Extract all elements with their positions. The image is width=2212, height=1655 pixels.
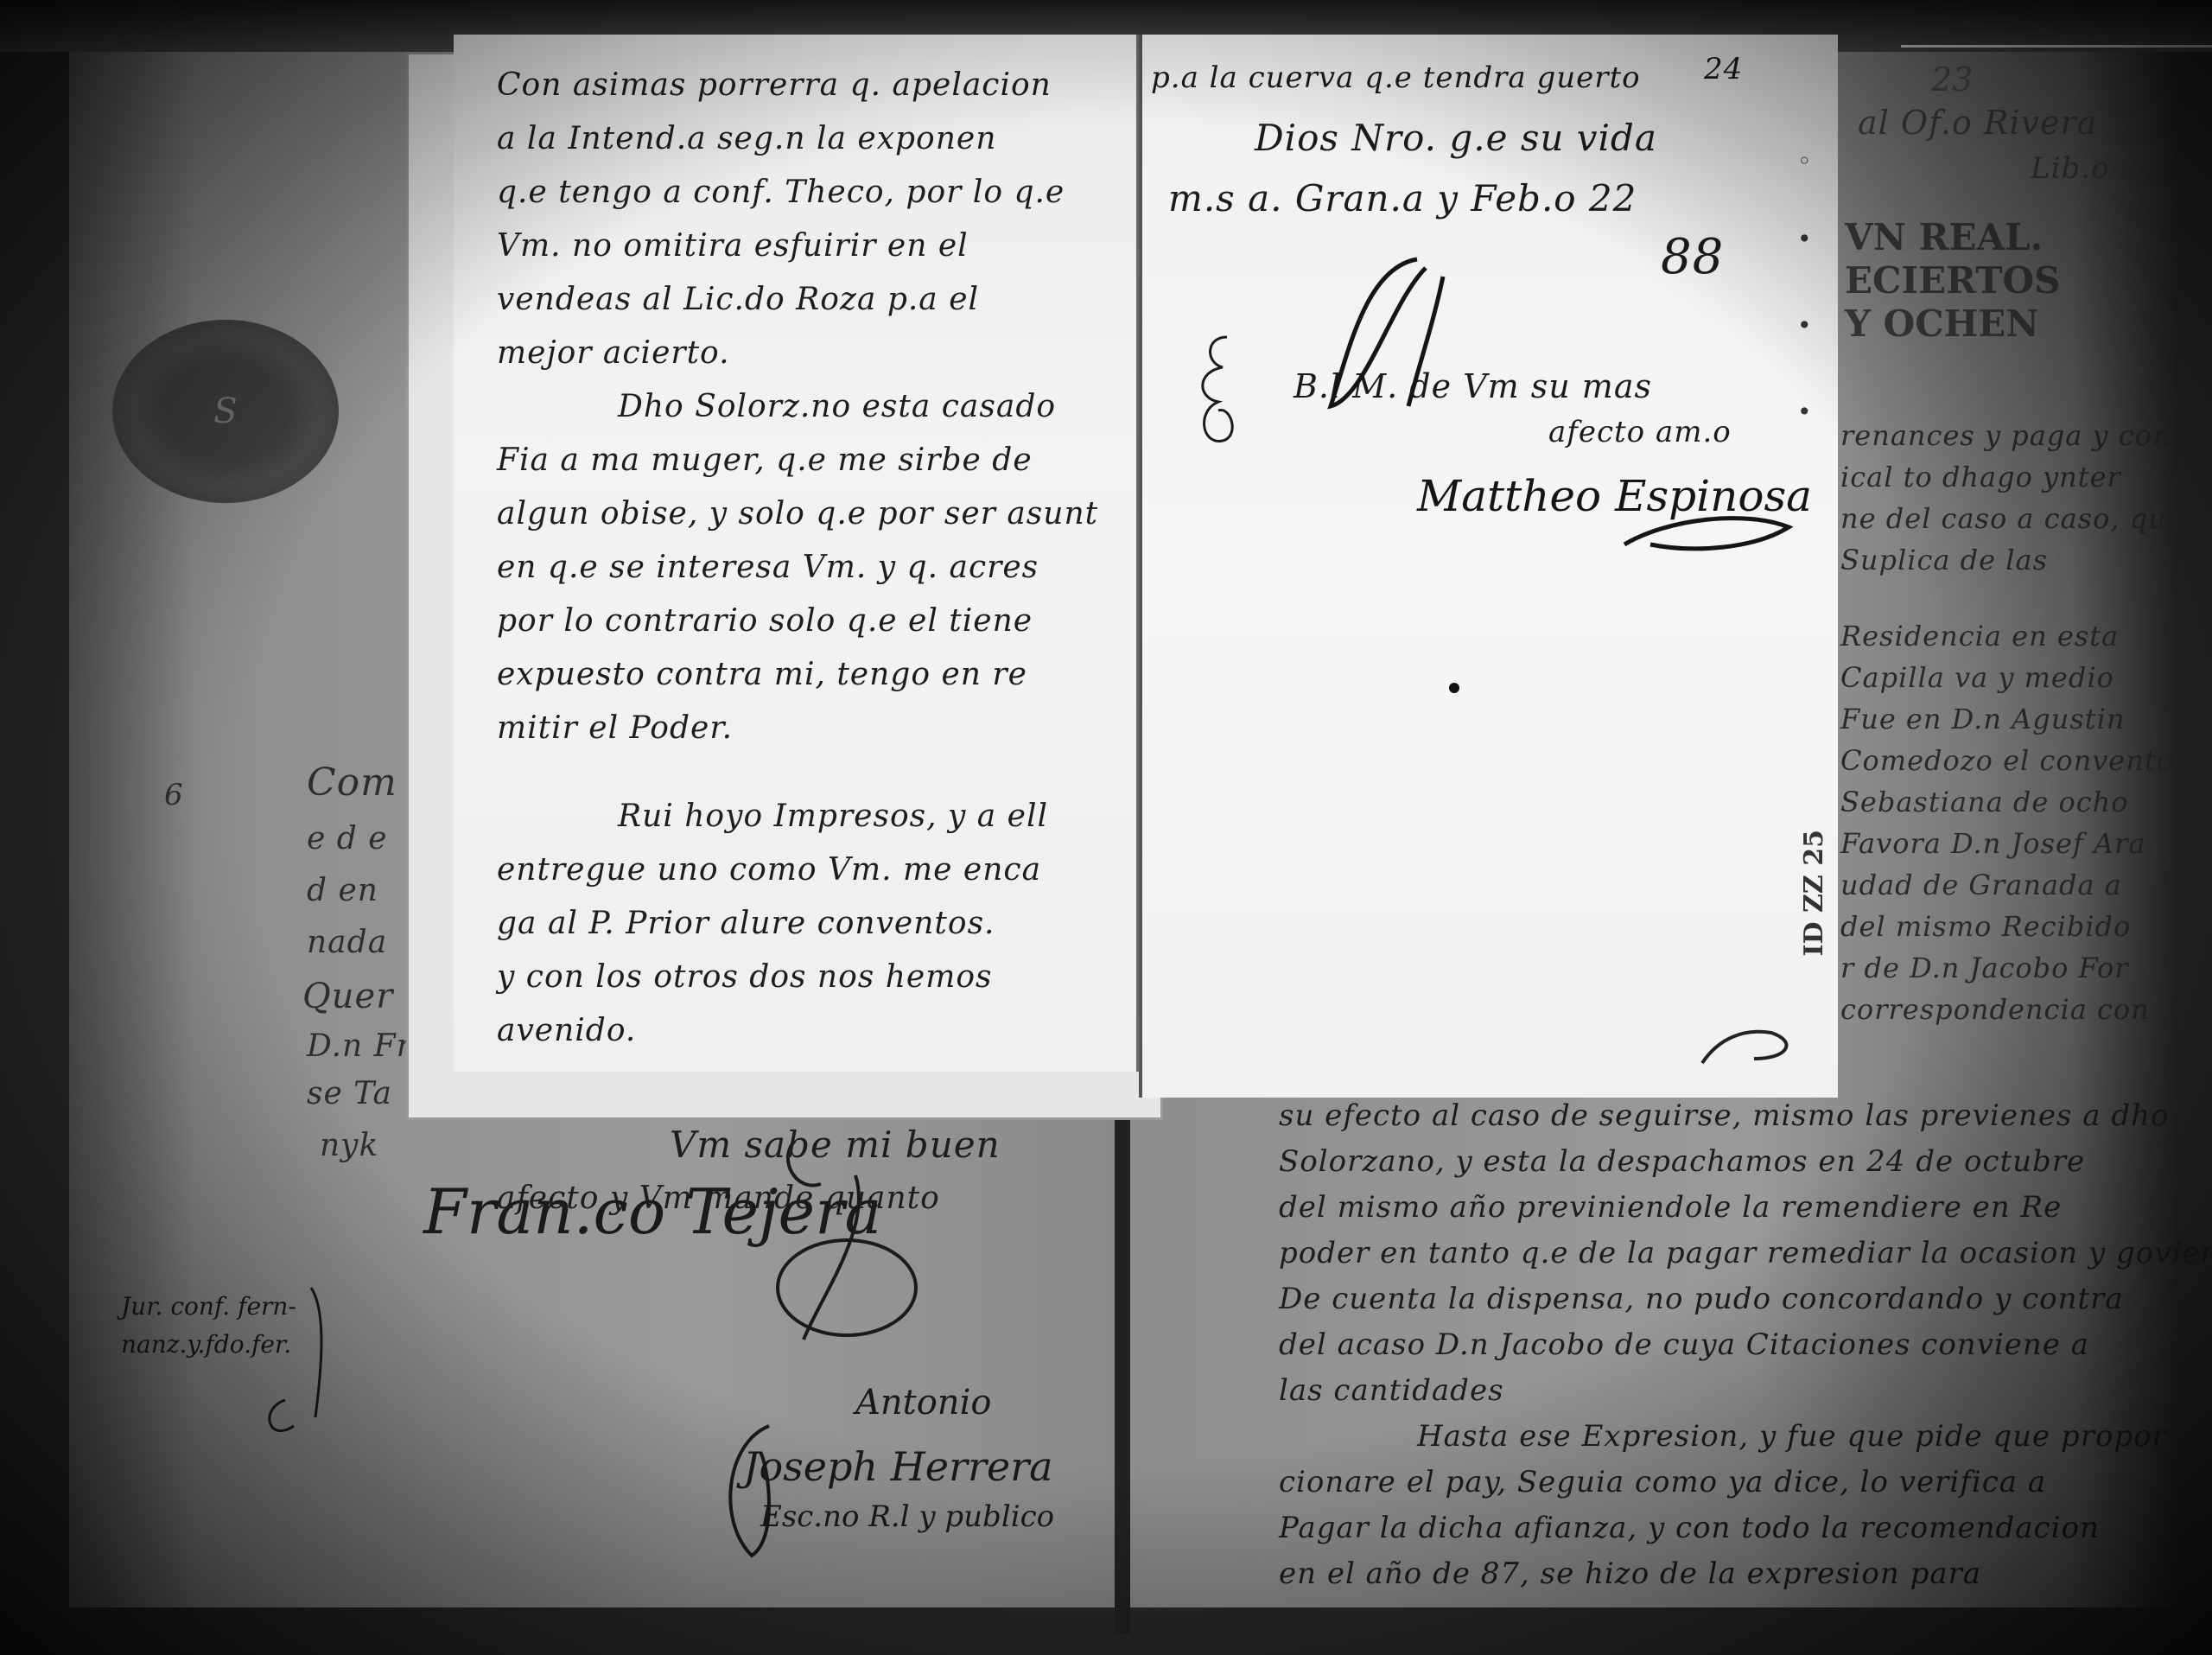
text-line: De cuenta la dispensa, no pudo concordan… [1279, 1276, 2186, 1322]
text-line: Favora D.n Josef Ara [1840, 823, 2152, 864]
seal-text: S [213, 391, 237, 431]
text-line: del mismo año previniendole la remendier… [1279, 1185, 2186, 1231]
letter-right-sheet: p.a la cuerva q.e tendra guerto 24 Dios … [1139, 35, 1838, 1098]
letter-line: Fia a ma muger, q.e me sirbe de [497, 434, 1154, 487]
printed-header-block: VN REAL. ECIERTOS Y OCHEN [1845, 216, 2060, 346]
left-fragment: Com [307, 761, 397, 805]
left-fragment: D.n Fr [307, 1028, 412, 1064]
left-fragment: Quer [302, 977, 393, 1016]
folio-header-note-2: Lib.o [2031, 151, 2110, 186]
text-line: Solorzano, y esta la despachamos en 24 d… [1279, 1139, 2186, 1185]
letter-line: Rui hoyo Impresos, y a ell [497, 790, 1154, 843]
bottom-right-text-block: su efecto al caso de seguirse, mismo las… [1279, 1093, 2186, 1597]
text-line: del acaso D.n Jacobo de cuya Citaciones … [1279, 1322, 2186, 1368]
letter-line: Vm. no omitira esfuirir en el [497, 220, 1154, 273]
letter-year: 88 [1661, 229, 1724, 285]
letter-line: afecto y Vm mande quanto [497, 1172, 1154, 1225]
text-line: r de D.n Jacobo For [1840, 947, 2152, 989]
letter-line: a la Intend.a seg.n la exponen [497, 112, 1154, 166]
letter-line: en q.e se interesa Vm. y q. acres [497, 541, 1154, 595]
ink-dot [1449, 683, 1459, 693]
text-line: Capilla va y medio [1840, 657, 2152, 698]
letter-page-number: 24 [1704, 52, 1743, 86]
letter-line: Con asimas porrerra q. apelacion [497, 59, 1154, 112]
text-line: renances y paga y con [1840, 415, 2152, 456]
closing-flourish-icon [1694, 1020, 1806, 1072]
salutation: afecto am.o [1548, 415, 1732, 449]
signature-rubric-icon [1616, 510, 1806, 562]
left-fragment: nyk [320, 1128, 378, 1163]
letter-line: q.e tengo a conf. Theco, por lo q.e [497, 166, 1154, 220]
seal-stamp-icon: S [112, 320, 339, 503]
text-line: correspondencia con [1840, 989, 2152, 1030]
left-fragment: e d e [307, 821, 388, 856]
text-line: poder en tanto q.e de la pagar remediar … [1279, 1231, 2186, 1276]
left-fragment: nada [307, 925, 387, 960]
right-column-text: renances y paga y con ical to dhago ynte… [1840, 415, 2152, 1030]
rubric-flourish-icon [1188, 328, 1249, 458]
margin-mark: ◦ [1797, 147, 1812, 175]
film-light-strip [1901, 45, 2212, 48]
text-line: Residencia en esta [1840, 615, 2152, 657]
letter-left-sheet: Con asimas porrerra q. apelacion a la In… [454, 35, 1148, 1072]
text-line: las cantidades [1279, 1368, 2186, 1414]
folio-header-note: al Of.o Rivera [1858, 104, 2097, 142]
text-line: ne del caso a caso, que [1840, 498, 2152, 539]
text-line: ical to dhago ynter [1840, 456, 2152, 498]
letter-line: algun obise, y solo q.e por ser asunt [497, 487, 1154, 541]
text-line: udad de Granada a [1840, 864, 2152, 906]
letter-line: ga al P. Prior alure conventos. [497, 897, 1154, 951]
text-line: Hasta ese Expresion, y fue que pide que … [1279, 1414, 2186, 1460]
text-line: Pagar la dicha afianza, y con todo la re… [1279, 1505, 2186, 1551]
letter-line: mitir el Poder. [497, 702, 1154, 755]
left-fragment: se Ta [307, 1076, 392, 1111]
notary-flourish-icon [709, 1417, 795, 1564]
letter-line: Dho Solorz.no esta casado [497, 380, 1154, 434]
notary-title: Esc.no R.l y publico [760, 1499, 1054, 1534]
text-line: Sebastiana de ocho [1840, 781, 2152, 823]
text-line: en el año de 87, se hizo de la expresion… [1279, 1551, 2186, 1597]
signature-antonio: Antonio [855, 1383, 991, 1423]
text-line: del mismo Recibido [1840, 906, 2152, 947]
folio-number: 23 [1931, 60, 1973, 99]
left-fragment: d en [307, 873, 378, 908]
text-line: Suplica de las [1840, 539, 2152, 581]
margin-mark: • [1797, 398, 1812, 426]
printed-header-line: ECIERTOS [1845, 259, 2060, 302]
text-line: Comedozo el convento [1840, 740, 2152, 781]
letter-line: expuesto contra mi, tengo en re [497, 648, 1154, 702]
closing-line: m.s a. Gran.a y Feb.o 22 [1168, 177, 1637, 220]
letter-line: entregue uno como Vm. me enca [497, 843, 1154, 897]
letter-line: mejor acierto. [497, 327, 1154, 380]
letter-line: avenido. [497, 1004, 1154, 1058]
closing-line: Dios Nro. g.e su vida [1255, 117, 1657, 159]
letter-line: y con los otros dos nos hemos [497, 951, 1154, 1004]
text-line: cionare el pay, Seguia como ya dice, lo … [1279, 1460, 2186, 1505]
left-fragment: 6 [164, 778, 184, 812]
printed-header-line: VN REAL. [1845, 216, 2060, 259]
letter-line: vendeas al Lic.do Roza p.a el [497, 273, 1154, 327]
text-line: su efecto al caso de seguirse, mismo las… [1279, 1093, 2186, 1139]
vertical-stamp: ID ZZ 25 [1799, 830, 1829, 956]
margin-mark: • [1797, 225, 1812, 253]
letter-line: por lo contrario solo q.e el tiene [497, 595, 1154, 648]
continuation-line: p.a la cuerva q.e tendra guerto [1151, 60, 1641, 95]
margin-mark: • [1797, 311, 1812, 340]
letter-line: Vm sabe mi buen [497, 1118, 1154, 1172]
margin-bracket-icon [242, 1279, 346, 1452]
text-line: Fue en D.n Agustin [1840, 698, 2152, 740]
monogram-flourish-icon [1313, 251, 1521, 423]
printed-header-line: Y OCHEN [1845, 302, 2060, 346]
